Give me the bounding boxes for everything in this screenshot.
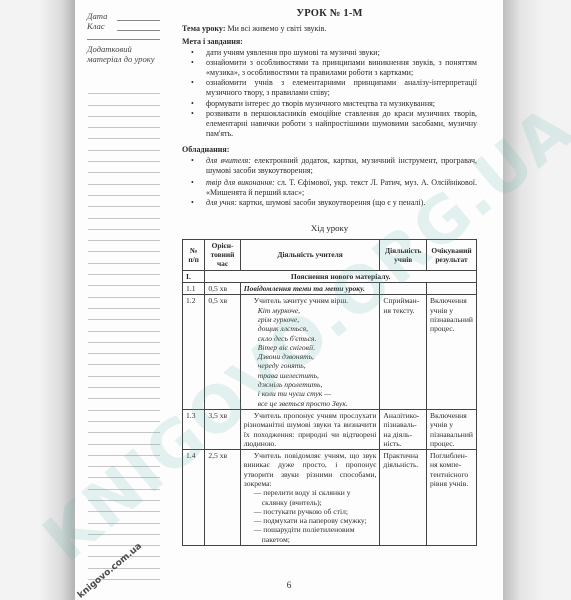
note-line: [88, 94, 160, 105]
row-students: Аналітико-пізнаваль-на діяль-ність.: [380, 409, 427, 449]
note-line: [88, 151, 160, 162]
note-line: [88, 219, 160, 230]
note-line: [88, 298, 160, 309]
row-students: Практична діяльність.: [380, 450, 427, 546]
row-result: Поглиблен-ня компе-тентнісного рівня учн…: [427, 450, 477, 546]
equipment-heading: Обладнання:: [182, 145, 477, 155]
margin-column: Дата Клас Додатковий матеріал до уроку: [87, 11, 160, 64]
note-line: [88, 343, 160, 354]
goals-heading: Мета і завдання:: [182, 37, 477, 47]
equipment-label: для учня:: [206, 198, 237, 207]
separator-line: [87, 31, 160, 40]
note-line: [88, 286, 160, 297]
note-line: [88, 162, 160, 173]
equipment-text: картки, шумові засоби звукоутворення (що…: [239, 198, 425, 207]
lesson-topic: Тема уроку: Ми всі живемо у світі звуків…: [182, 24, 477, 34]
note-line: [88, 320, 160, 331]
row-result: Включення учнів у пізнавальний процес.: [427, 409, 477, 449]
note-line: [88, 207, 160, 218]
activity-list: — перелити воду зі склянки у склянку (вч…: [244, 488, 377, 544]
note-line: [88, 365, 160, 376]
goal-item: формувати інтерес до творів музичного ми…: [182, 99, 477, 109]
class-line: [117, 22, 160, 31]
activity-item: — подмухати на паперову смужку;: [244, 516, 377, 525]
note-line: [88, 139, 160, 150]
row-time: 0,5 хв: [205, 283, 240, 295]
note-line: [88, 83, 160, 94]
note-line: [88, 241, 160, 252]
page-shadow-right: [503, 0, 543, 600]
date-label: Дата: [87, 11, 115, 21]
page-number: 6: [75, 580, 503, 590]
note-line: [88, 252, 160, 263]
lesson-title: УРОК № 1-М: [182, 9, 477, 19]
row-num: 1.1: [183, 283, 205, 295]
date-field: Дата: [87, 11, 160, 21]
goal-item: ознайомити учнів з елементарними принцип…: [182, 78, 477, 98]
note-line: [88, 399, 160, 410]
note-line: [88, 128, 160, 139]
activity-item: — постукати ручкою об стіл;: [244, 507, 377, 516]
note-line: [88, 264, 160, 275]
goal-item: ознайомити з особливостями та принципами…: [182, 58, 477, 78]
note-line: [88, 185, 160, 196]
header-num: № п/п: [183, 239, 205, 270]
activity-item: — перелити воду зі склянки у склянку (вч…: [244, 488, 377, 507]
note-line: [88, 275, 160, 286]
goal-item: дати учням уявлення про шумові та музичн…: [182, 48, 477, 58]
row-result: [427, 283, 477, 295]
table-row: 1.4 2,5 хв Учитель повідомляє учням, що …: [183, 450, 477, 546]
note-line: [88, 354, 160, 365]
header-time: Орієн-товний час: [205, 239, 240, 270]
class-field: Клас: [87, 21, 160, 31]
equipment-label: для вчителя:: [206, 156, 251, 165]
note-line: [88, 117, 160, 128]
note-line: [88, 106, 160, 117]
note-line: [88, 388, 160, 399]
section-num: I.: [183, 270, 205, 282]
note-line: [88, 332, 160, 343]
row-teacher: Учитель повідомляє учням, що звук виника…: [240, 450, 380, 546]
date-line: [117, 12, 160, 21]
note-line: [88, 377, 160, 388]
topic-label: Тема уроку:: [182, 24, 225, 33]
extra-label-line1: Додатковий: [87, 44, 160, 54]
extra-material-label: Додатковий матеріал до уроку: [87, 44, 160, 64]
note-line: [88, 230, 160, 241]
row-result: Включення учнів у пізнавальний процес.: [427, 295, 477, 410]
equipment-item: для вчителя: електронний додаток, картки…: [182, 156, 477, 176]
activity-item: — пошарудіти поліетиленовим пакетом;: [244, 525, 377, 544]
note-line: [88, 173, 160, 184]
extra-label-line2: матеріал до уроку: [87, 54, 160, 64]
teacher-text: Учитель повідомляє учням, що звук виника…: [244, 451, 377, 488]
topic-text: Ми всі живемо у світі звуків.: [227, 24, 326, 33]
note-line: [88, 196, 160, 207]
note-line: [88, 309, 160, 320]
equipment-label: твір для виконання:: [206, 178, 275, 187]
class-label: Клас: [87, 21, 115, 31]
goals-list: дати учням уявлення про шумові та музичн…: [182, 48, 477, 140]
goal-item: розвивати в першокласників емоційне став…: [182, 109, 477, 140]
